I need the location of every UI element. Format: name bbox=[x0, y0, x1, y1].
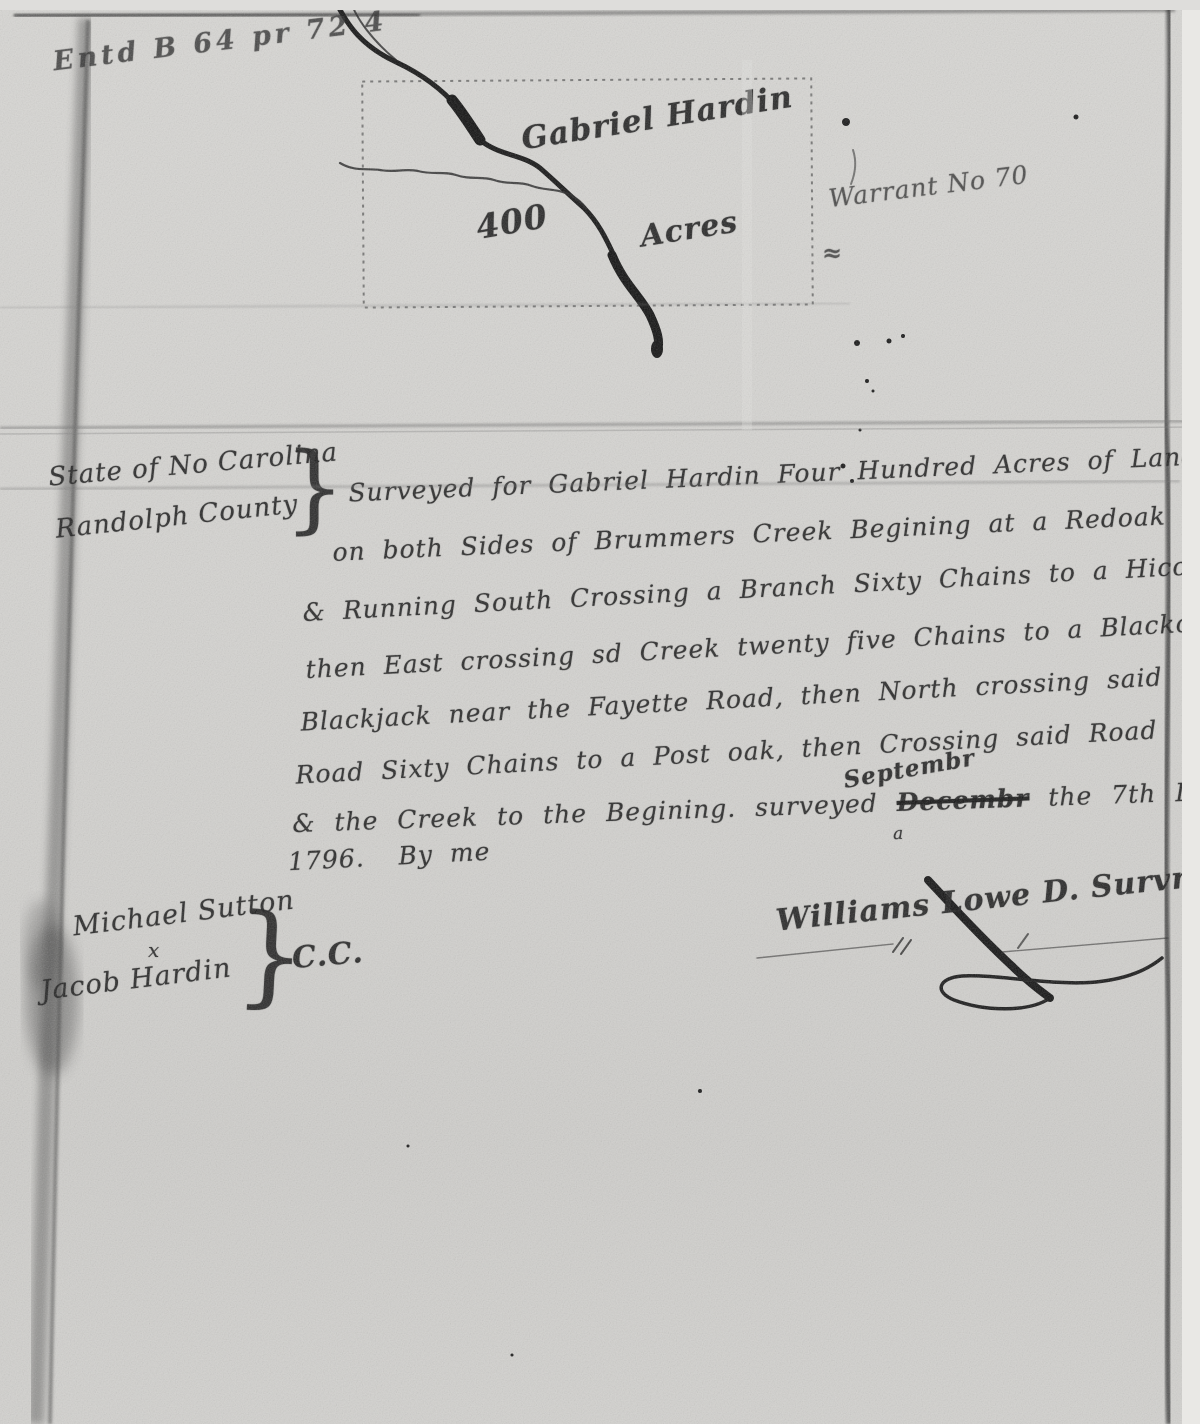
scanner-margin-top bbox=[0, 0, 1200, 10]
plat-owner-name: Gabriel Hardin bbox=[519, 79, 796, 157]
caret-mark: a bbox=[893, 824, 905, 844]
chain-carrier-brace: } bbox=[233, 898, 310, 1012]
surveyor-signature: Williams Lowe D. Survr bbox=[774, 860, 1189, 938]
chain-carrier-2: Jacob Hardin bbox=[39, 952, 233, 1006]
creek-line bbox=[337, 2, 855, 358]
body-line-4: then East crossing sd Creek twenty five … bbox=[305, 605, 1200, 684]
plat-outline bbox=[362, 78, 813, 307]
scan-overlay bbox=[0, 0, 1200, 1424]
body-line-2: on both Sides of Brummers Creek Begining… bbox=[332, 494, 1200, 567]
scanner-margin-right bbox=[1182, 0, 1200, 1424]
document-artwork bbox=[0, 0, 1200, 1424]
film-grain bbox=[0, 0, 1200, 1424]
body-line-6: Road Sixty Chains to a Post oak, then Cr… bbox=[295, 715, 1158, 789]
plat-acreage-unit: Acres bbox=[638, 205, 741, 255]
ink-spatter bbox=[407, 115, 1079, 1357]
body-line-5: Blackjack near the Fayette Road, then No… bbox=[300, 662, 1163, 736]
signature-flourish bbox=[757, 880, 1168, 1009]
cc-label: C.C. bbox=[291, 935, 365, 976]
handwriting-layer: Entd B 64 pr 72 4 Gabriel Hardin 400 Acr… bbox=[0, 0, 1200, 1424]
chain-carrier-mark: x bbox=[148, 938, 160, 962]
interlined-month: Septembr bbox=[841, 744, 977, 794]
body-line-7-post: the 7th Day — bbox=[1029, 775, 1200, 812]
chain-carrier-1: Michael Sutton bbox=[71, 885, 296, 943]
warrant-note: Warrant No 70 bbox=[827, 160, 1030, 213]
scanned-survey-document: Entd B 64 pr 72 4 Gabriel Hardin 400 Acr… bbox=[0, 0, 1200, 1424]
struck-month: Decembr bbox=[896, 783, 1030, 817]
heading-county: Randolph County bbox=[54, 489, 300, 544]
heading-state: State of No Carolina bbox=[47, 437, 339, 492]
plat-acreage-number: 400 bbox=[473, 196, 551, 247]
page-edges bbox=[14, 0, 1175, 1424]
body-line-1: Surveyed for Gabriel Hardin Four Hundred… bbox=[348, 437, 1200, 507]
body-line-7: & the Creek to the Begining. surveyed De… bbox=[292, 775, 1200, 838]
body-line-8: 1796. By me bbox=[287, 837, 491, 877]
body-line-7-pre: & the Creek to the Begining. surveyed bbox=[292, 788, 897, 838]
heading-brace: } bbox=[284, 440, 346, 536]
fold-creases bbox=[0, 60, 1200, 489]
body-line-3: & Running South Crossing a Branch Sixty … bbox=[302, 550, 1200, 627]
squiggle-mark: ≈ bbox=[822, 238, 843, 267]
filing-note: Entd B 64 pr 72 4 bbox=[51, 6, 389, 78]
